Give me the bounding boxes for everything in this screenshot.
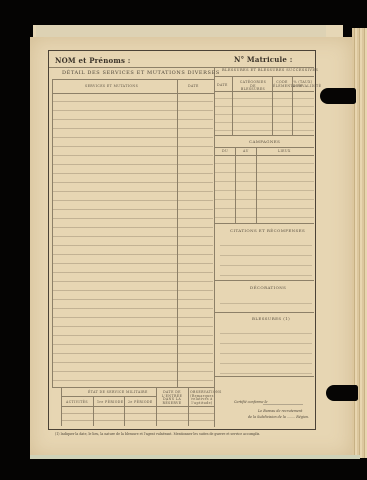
bottom-col-period1: 1re PÉRIODE <box>97 401 123 405</box>
signature-line-2: Le Bureau de recrutement <box>258 409 302 413</box>
signature-blank <box>263 404 303 405</box>
services-rows <box>53 93 213 387</box>
blessures-title-divider <box>214 76 314 77</box>
bottom-row-2 <box>62 420 214 421</box>
bottom-header-underline <box>61 406 214 407</box>
citations-bottom <box>214 280 314 281</box>
decorations-title: DÉCORATIONS <box>250 286 286 290</box>
citations-title: CITATIONS ET RÉCOMPENSES <box>230 229 305 233</box>
blessures-col-code: CODE ÉLÉMENTAIRE <box>273 81 291 88</box>
service-state-title: ÉTAT DE SERVICE MILITAIRE <box>88 391 148 395</box>
campaigns-bottom <box>214 223 314 224</box>
campaigns-col-du: DU <box>222 150 228 154</box>
date-col-header: DATE <box>188 85 199 89</box>
services-col-header: SERVICES ET MUTATIONS <box>85 85 138 89</box>
bottom-col-activites: ACTIVITÉS <box>66 401 88 405</box>
matricule-label: N° Matricule : <box>234 55 293 64</box>
citations-rows <box>220 236 312 280</box>
blessures-col-taux: % (TAUX) D'INVALIDITÉ <box>293 81 313 88</box>
blessures-title: BLESSURES ET BLESSURES SUCCESSIVES <box>222 69 318 73</box>
blessures-bottom <box>214 135 314 136</box>
services-title-divider <box>52 79 214 80</box>
bottom-col-observations: OBSERVATIONS (Remarques relatives à l'ap… <box>190 391 214 405</box>
binder-ring-top-icon <box>320 88 356 104</box>
service-state-underline <box>61 396 156 397</box>
blessures-col-date: DATE <box>217 84 228 88</box>
campaigns-rows <box>215 155 314 223</box>
blessures-rows <box>215 91 314 135</box>
bottom-table-top <box>52 387 214 388</box>
services-title: DÉTAIL DES SERVICES ET MUTATIONS DIVERSE… <box>62 70 220 76</box>
campaigns-col-au: AU <box>243 150 249 154</box>
campaigns-title-divider <box>214 147 314 148</box>
bottom-col-period2: 2e PÉRIODE <box>128 401 153 405</box>
bottom-v2 <box>124 396 125 426</box>
wounds-bottom <box>214 376 314 377</box>
binder-ring-bottom-icon <box>326 385 358 401</box>
footnote: (1) Indiquer la date, le lieu, la nature… <box>55 432 280 436</box>
campaigns-col-lieux: LIEUX <box>278 150 291 154</box>
decorations-rows <box>220 294 312 312</box>
bottom-v1 <box>93 396 94 426</box>
bottom-col-date: DATE DE L'ENTRÉE DANS LA RÉSERVE <box>158 391 186 405</box>
wounds-rows <box>220 324 312 376</box>
wounds-title: BLESSURES (1) <box>252 317 290 321</box>
signature-line-3: de la Subdivision de la ........ Région. <box>248 415 309 419</box>
page-bottom-edge <box>30 455 360 459</box>
campaigns-title: CAMPAGNES <box>249 140 280 144</box>
name-label: NOM et Prénoms : <box>55 56 131 65</box>
decorations-bottom <box>214 312 314 313</box>
bottom-row-1 <box>62 413 214 414</box>
